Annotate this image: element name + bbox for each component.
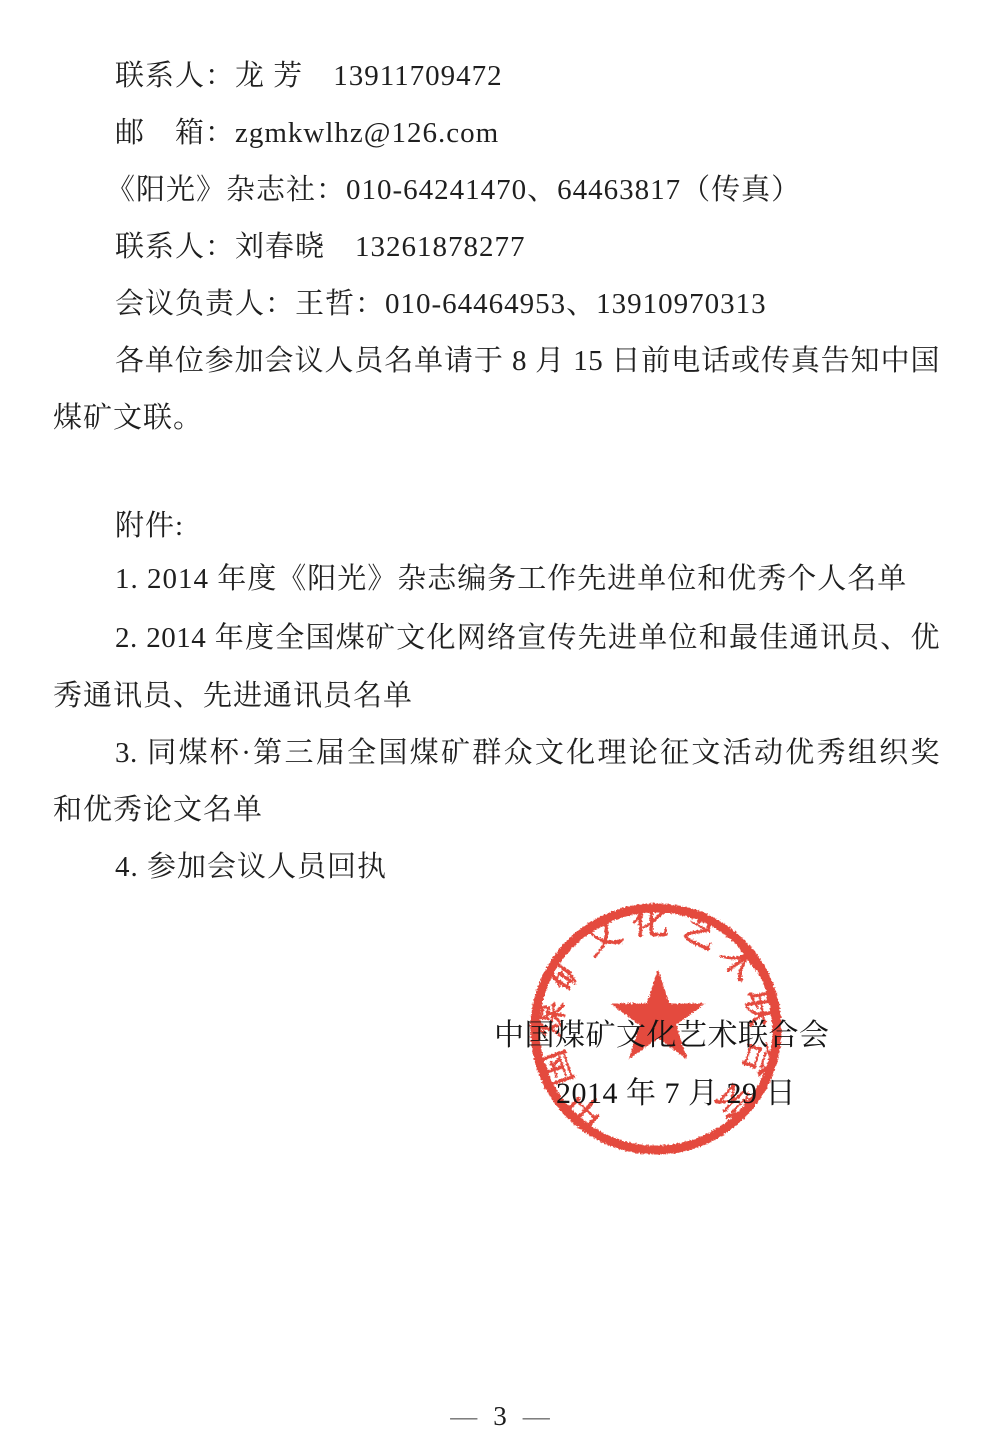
footer-right-dash: — bbox=[523, 1401, 550, 1431]
page-number: 3 bbox=[493, 1401, 507, 1431]
attachment-item-4: 4. 参加会议人员回执 bbox=[115, 849, 387, 885]
attachment-item-3-line-1: 3. 同煤杯·第三届全国煤矿群众文化理论征文活动优秀组织奖 bbox=[115, 735, 940, 771]
contact-line-email: 邮 箱：zgmkwlhz@126.com bbox=[115, 115, 499, 151]
paragraph-notice-line-1: 各单位参加会议人员名单请于 8 月 15 日前电话或传真告知中国 bbox=[115, 343, 940, 379]
contact-line-longfang: 联系人：龙 芳 13911709472 bbox=[115, 58, 503, 94]
attachment-item-1: 1. 2014 年度《阳光》杂志编务工作先进单位和优秀个人名单 bbox=[115, 561, 907, 597]
contact-line-magazine: 《阳光》杂志社：010-64241470、64463817（传真） bbox=[106, 172, 801, 208]
document-page: 联系人：龙 芳 13911709472 邮 箱：zgmkwlhz@126.com… bbox=[0, 0, 1000, 1448]
contact-line-wangzhe: 会议负责人：王哲：010-64464953、13910970313 bbox=[115, 286, 767, 322]
attachment-item-3-line-2: 和优秀论文名单 bbox=[53, 792, 263, 828]
footer-left-dash: — bbox=[450, 1401, 477, 1431]
attachment-item-2-line-2: 秀通讯员、先进通讯员名单 bbox=[53, 678, 413, 714]
contact-line-liuchunxiao: 联系人：刘春晓 13261878277 bbox=[115, 229, 526, 265]
attachment-item-2-line-1: 2. 2014 年度全国煤矿文化网络宣传先进单位和最佳通讯员、优 bbox=[115, 620, 940, 656]
attachments-heading: 附件: bbox=[115, 508, 184, 544]
signature-organization: 中国煤矿文化艺术联合会 bbox=[494, 1019, 830, 1053]
paragraph-notice-line-2: 煤矿文联。 bbox=[53, 400, 203, 436]
signature-date: 2014 年 7 月 29 日 bbox=[556, 1077, 796, 1111]
page-footer: —3— bbox=[0, 1400, 1000, 1432]
